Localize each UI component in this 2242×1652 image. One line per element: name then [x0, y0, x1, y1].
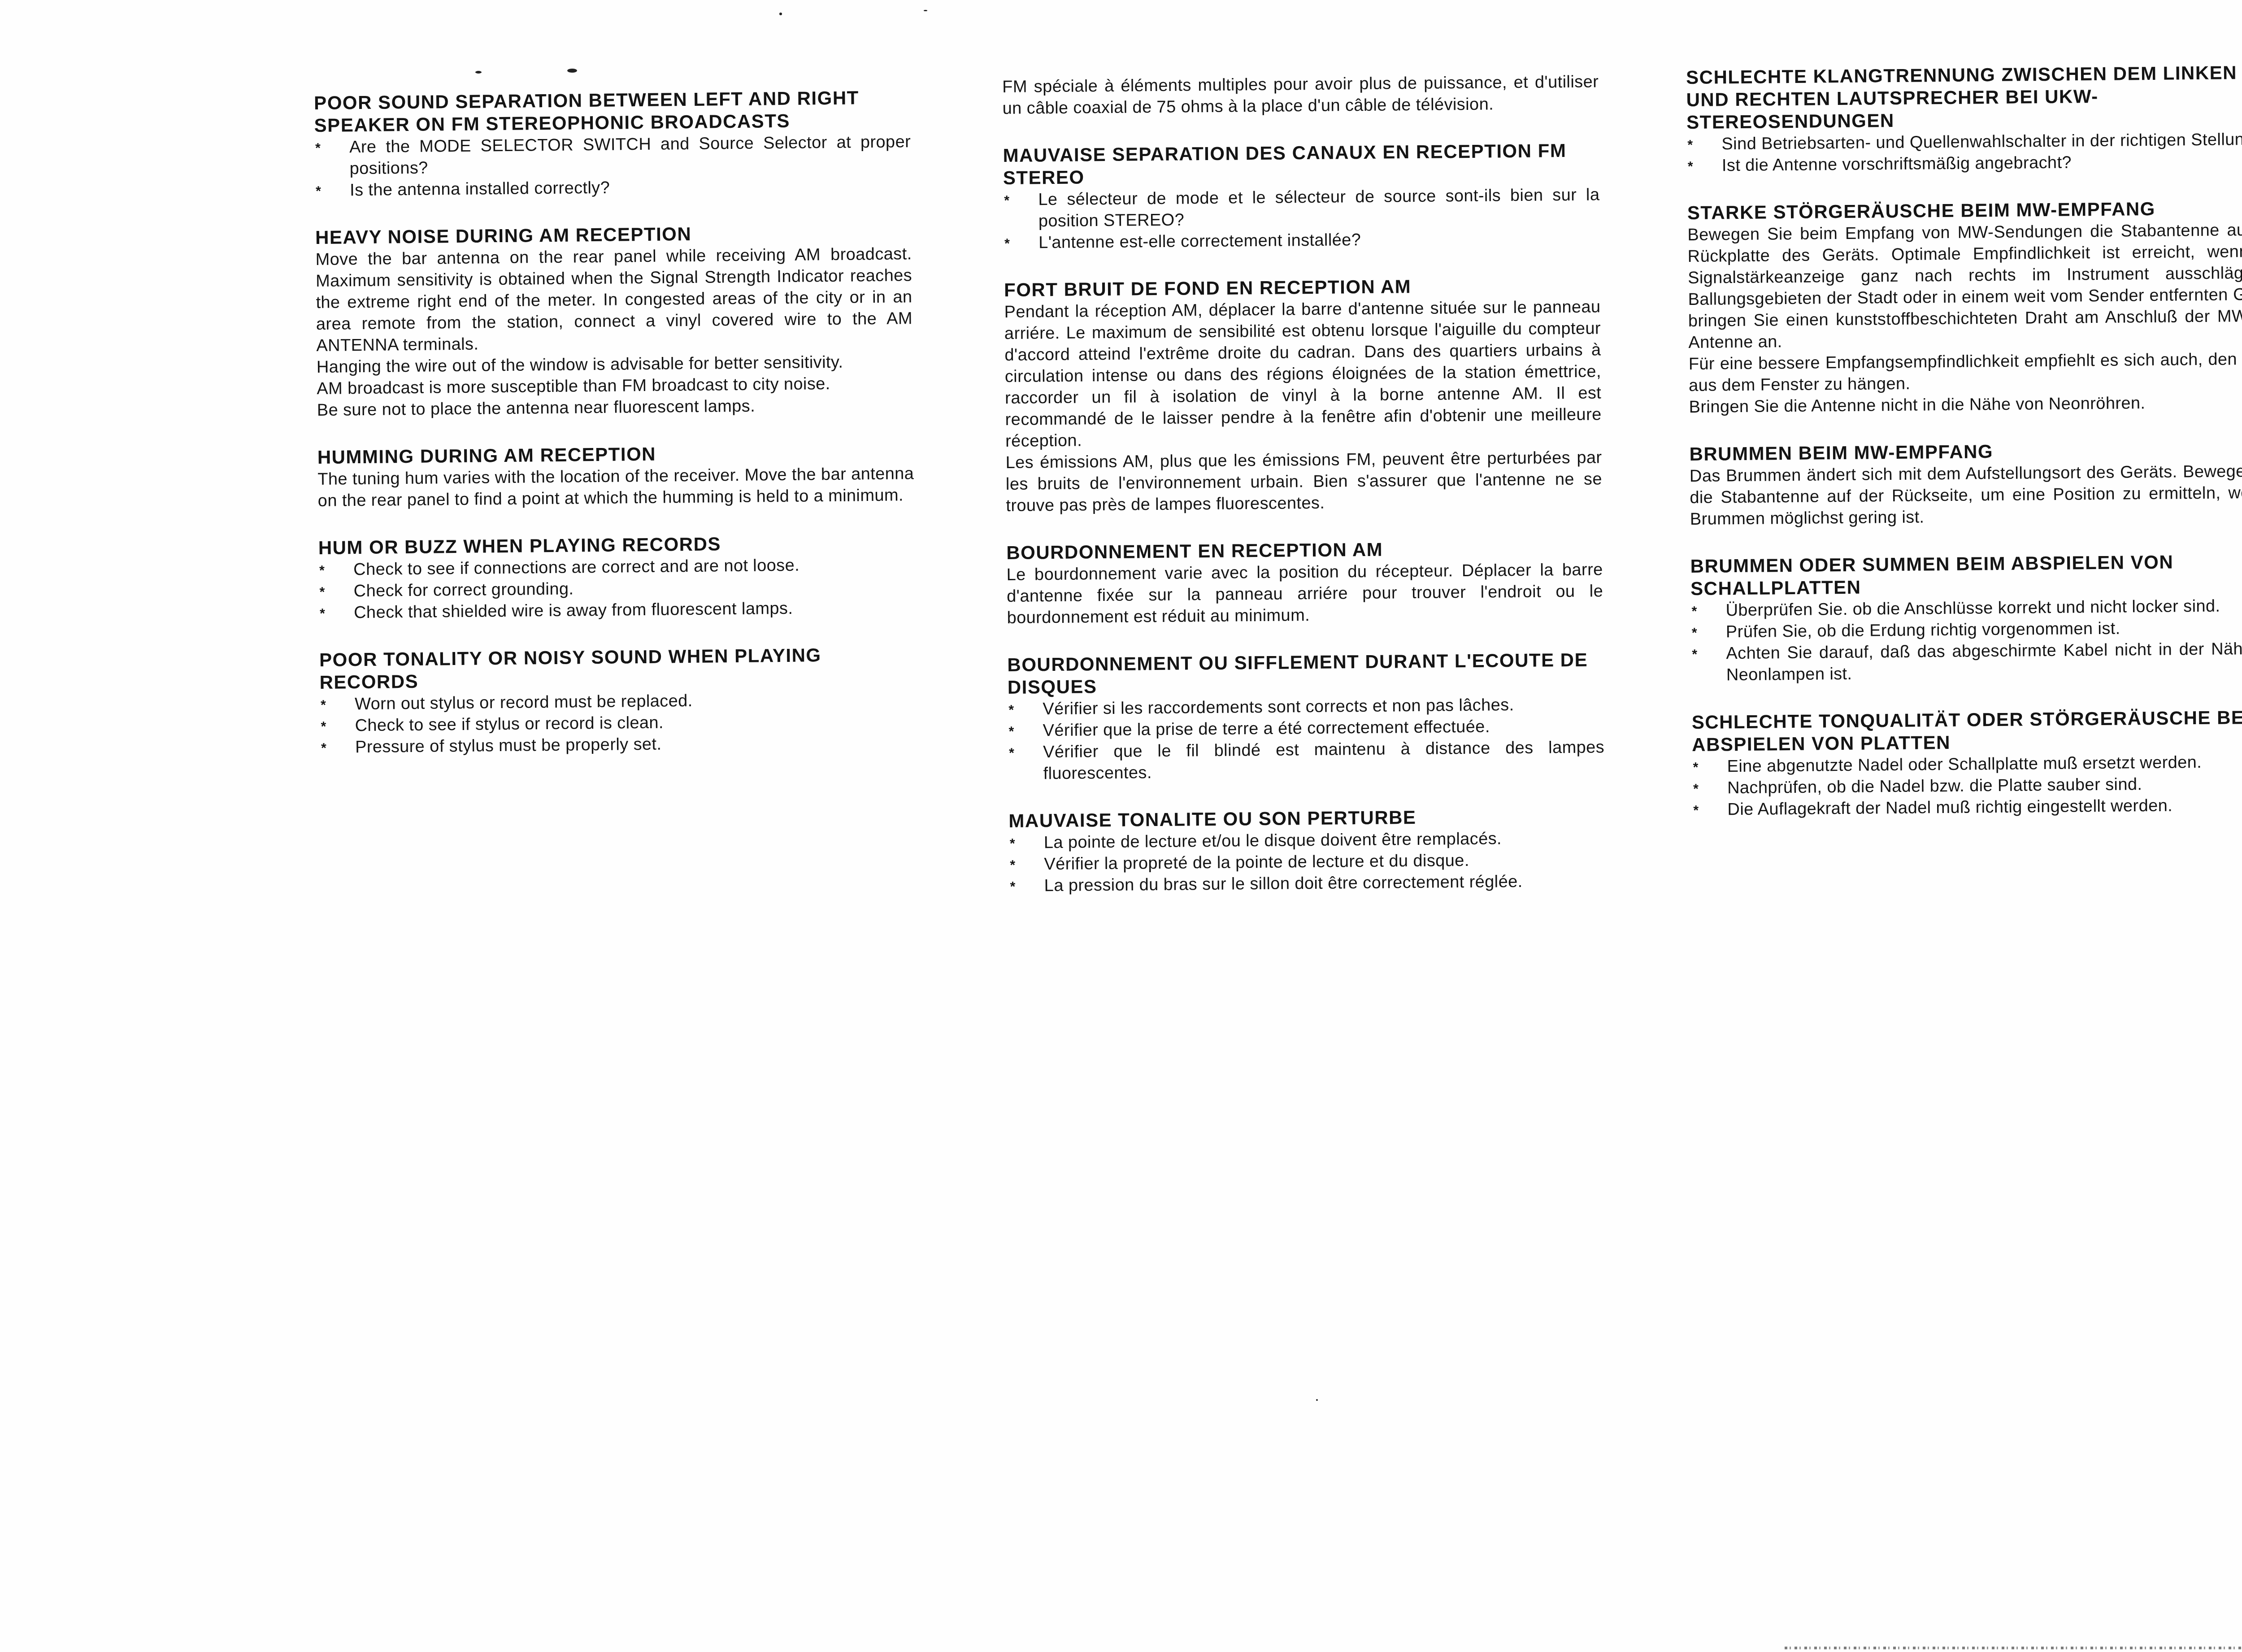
section-hum-buzz-records: HUM OR BUZZ WHEN PLAYING RECORDS *Check …	[318, 531, 916, 624]
section-schlechte-klangtrennung: SCHLECHTE KLANGTRENNUNG ZWISCHEN DEM LIN…	[1686, 61, 2242, 177]
scan-speck	[779, 13, 782, 15]
section-brummen-schallplatten: BRUMMEN ODER SUMMEN BEIM ABSPIELEN VON S…	[1690, 550, 2242, 686]
asterisk-bullet-icon: *	[1693, 778, 1699, 800]
scan-speck	[475, 71, 482, 74]
section-poor-tonality: POOR TONALITY OR NOISY SOUND WHEN PLAYIN…	[319, 643, 917, 758]
asterisk-bullet-icon: *	[1004, 233, 1010, 255]
asterisk-bullet-icon: *	[1692, 644, 1697, 665]
list-item: *Le sélecteur de mode et le sélecteur de…	[1003, 184, 1600, 232]
asterisk-bullet-icon: *	[1691, 601, 1697, 622]
asterisk-bullet-icon: *	[1693, 800, 1699, 822]
section-mauvaise-tonalite: MAUVAISE TONALITE OU SON PERTURBE *La po…	[1008, 804, 1606, 897]
list-item: *Achten Sie darauf, daß das abgeschirmte…	[1691, 638, 2242, 686]
scan-speck	[924, 10, 927, 11]
section-brummen-mw: BRUMMEN BEIM MW-EMPFANG Das Brummen ände…	[1689, 438, 2242, 530]
asterisk-bullet-icon: *	[1010, 855, 1015, 876]
section-poor-separation: POOR SOUND SEPARATION BETWEEN LEFT AND R…	[314, 86, 911, 201]
asterisk-bullet-icon: *	[1010, 833, 1015, 855]
bullet-list: *Are the MODE SELECTOR SWITCH and Source…	[314, 131, 911, 201]
section-heading: SCHLECHTE KLANGTRENNUNG ZWISCHEN DEM LIN…	[1686, 61, 2242, 134]
asterisk-bullet-icon: *	[1004, 190, 1009, 212]
asterisk-bullet-icon: *	[321, 738, 327, 759]
section-mauvaise-separation: MAUVAISE SEPARATION DES CANAUX EN RECEPT…	[1003, 139, 1600, 254]
list-item: *La pression du bras sur le sillon doit …	[1009, 870, 1606, 897]
scan-speck	[567, 69, 577, 73]
asterisk-bullet-icon: *	[1693, 757, 1698, 778]
asterisk-bullet-icon: *	[1692, 622, 1697, 644]
asterisk-bullet-icon: *	[316, 181, 322, 202]
bullet-list: *Sind Betriebsarten- und Quellenwahlscha…	[1686, 128, 2242, 177]
asterisk-bullet-icon: *	[1009, 721, 1014, 743]
paragraph: Bewegen Sie beim Empfang von MW-Sendunge…	[1687, 219, 2242, 353]
paragraph: The tuning hum varies with the location …	[317, 463, 914, 512]
asterisk-bullet-icon: *	[320, 603, 326, 625]
section-heading: BOURDONNEMENT OU SIFFLEMENT DURANT L'ECO…	[1007, 648, 1604, 699]
section-starke-stoergeraeusche: STARKE STÖRGERÄUSCHE BEIM MW-EMPFANG Bew…	[1687, 196, 2242, 418]
section-schlechte-tonqualitaet: SCHLECHTE TONQUALITÄT ODER STÖRGERÄUSCHE…	[1692, 706, 2242, 821]
section-intro-continued: FM spéciale à éléments multiples pour av…	[1002, 71, 1599, 119]
column-english: POOR SOUND SEPARATION BETWEEN LEFT AND R…	[314, 86, 917, 783]
asterisk-bullet-icon: *	[319, 560, 325, 582]
paragraph: Les émissions AM, plus que les émissions…	[1005, 447, 1602, 517]
paragraph: Le bourdonnement varie avec la position …	[1006, 559, 1603, 629]
scan-edge-artifact	[1785, 1647, 2242, 1649]
list-item: *Vérifier que le fil blindé est maintenu…	[1008, 736, 1605, 785]
section-heading: POOR SOUND SEPARATION BETWEEN LEFT AND R…	[314, 86, 911, 137]
section-bourdonnement-disques: BOURDONNEMENT OU SIFFLEMENT DURANT L'ECO…	[1007, 648, 1604, 785]
asterisk-bullet-icon: *	[321, 695, 326, 716]
section-heading: POOR TONALITY OR NOISY SOUND WHEN PLAYIN…	[319, 643, 916, 694]
asterisk-bullet-icon: *	[1687, 135, 1693, 156]
section-bourdonnement-am: BOURDONNEMENT EN RECEPTION AM Le bourdon…	[1006, 536, 1603, 629]
bullet-list: *Worn out stylus or record must be repla…	[320, 688, 917, 758]
scan-speck	[1316, 1399, 1318, 1401]
list-item: *L'antenne est-elle correctement install…	[1004, 227, 1600, 254]
asterisk-bullet-icon: *	[1688, 156, 1693, 178]
bullet-list: *La pointe de lecture et/ou le disque do…	[1009, 827, 1606, 897]
column-german: SCHLECHTE KLANGTRENNUNG ZWISCHEN DEM LIN…	[1686, 61, 2242, 846]
section-heavy-noise-am: HEAVY NOISE DURING AM RECEPTION Move the…	[315, 221, 913, 421]
bullet-list: *Le sélecteur de mode et le sélecteur de…	[1003, 184, 1600, 254]
asterisk-bullet-icon: *	[321, 716, 326, 738]
paragraph: Move the bar antenna on the rear panel w…	[315, 243, 912, 356]
bullet-list: *Vérifier si les raccordements sont corr…	[1008, 693, 1605, 785]
bullet-list: *Eine abgenutzte Nadel oder Schallplatte…	[1692, 751, 2242, 821]
section-humming-am: HUMMING DURING AM RECEPTION The tuning h…	[317, 440, 914, 512]
asterisk-bullet-icon: *	[1010, 876, 1016, 898]
section-fort-bruit-am: FORT BRUIT DE FOND EN RECEPTION AM Penda…	[1004, 274, 1603, 517]
asterisk-bullet-icon: *	[1008, 700, 1014, 721]
column-french: FM spéciale à éléments multiples pour av…	[1002, 71, 1606, 922]
scanned-manual-page: POOR SOUND SEPARATION BETWEEN LEFT AND R…	[0, 0, 2242, 1652]
section-heading: BRUMMEN ODER SUMMEN BEIM ABSPIELEN VON S…	[1690, 550, 2242, 600]
asterisk-bullet-icon: *	[319, 582, 325, 603]
paragraph: Das Brummen ändert sich mit dem Aufstell…	[1690, 460, 2242, 530]
paragraph: Für eine bessere Empfangsempfindlichkeit…	[1689, 348, 2242, 396]
list-item: *Are the MODE SELECTOR SWITCH and Source…	[314, 131, 911, 180]
section-heading: MAUVAISE SEPARATION DES CANAUX EN RECEPT…	[1003, 139, 1599, 189]
asterisk-bullet-icon: *	[315, 138, 321, 159]
bullet-list: *Check to see if connections are correct…	[318, 553, 915, 624]
paragraph: FM spéciale à éléments multiples pour av…	[1002, 71, 1599, 119]
bullet-list: *Überprüfen Sie. ob die Anschlüsse korre…	[1690, 595, 2242, 686]
section-heading: SCHLECHTE TONQUALITÄT ODER STÖRGERÄUSCHE…	[1692, 706, 2242, 756]
paragraph: Pendant la réception AM, déplacer la bar…	[1004, 296, 1602, 452]
asterisk-bullet-icon: *	[1009, 743, 1014, 764]
